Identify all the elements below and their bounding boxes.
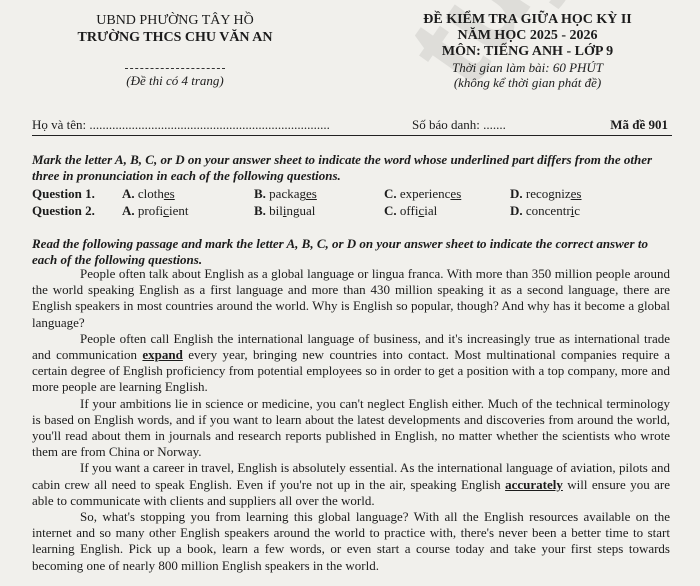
exam-code: Mã đề 901	[610, 117, 668, 133]
paragraph-5: So, what's stopping you from learning th…	[32, 509, 670, 574]
question-1: Question 1. A. clothes B. packages C. ex…	[32, 186, 672, 202]
paragraph-1: People often talk about English as a glo…	[32, 266, 670, 331]
option-c[interactable]: C. official	[384, 203, 437, 219]
duration: Thời gian làm bài: 60 PHÚT	[385, 60, 670, 75]
candidate-number-field[interactable]: Số báo danh: .......	[412, 117, 506, 133]
school-year: NĂM HỌC 2025 - 2026	[385, 28, 670, 44]
option-a[interactable]: A. proficient	[122, 203, 188, 219]
question-2: Question 2. A. proficient B. bilingual C…	[32, 203, 672, 219]
subject: MÔN: TIẾNG ANH - LỚP 9	[385, 44, 670, 60]
question-label: Question 1.	[32, 186, 95, 202]
keyword-expand: expand	[142, 347, 182, 362]
section2-instruction: Read the following passage and mark the …	[32, 236, 672, 268]
exam-header: ĐỀ KIỂM TRA GIỮA HỌC KỲ II NĂM HỌC 2025 …	[385, 12, 670, 90]
school-header: UBND PHƯỜNG TÂY HỒ TRƯỜNG THCS CHU VĂN A…	[60, 12, 290, 89]
student-info-row: Họ và tên: .............................…	[32, 115, 672, 136]
duration-note: (không kể thời gian phát đề)	[385, 75, 670, 90]
authority-name: UBND PHƯỜNG TÂY HỒ	[60, 12, 290, 29]
option-a[interactable]: A. clothes	[122, 186, 175, 202]
exam-page: tuyensinh247.com UBND PHƯỜNG TÂY HỒ TRƯỜ…	[0, 0, 700, 586]
name-field[interactable]: Họ và tên: .............................…	[32, 117, 330, 133]
question-label: Question 2.	[32, 203, 95, 219]
option-b[interactable]: B. packages	[254, 186, 317, 202]
option-b[interactable]: B. bilingual	[254, 203, 315, 219]
paragraph-2: People often call English the internatio…	[32, 331, 670, 396]
option-d[interactable]: D. concentric	[510, 203, 580, 219]
school-name: TRƯỜNG THCS CHU VĂN AN	[60, 29, 290, 46]
paragraph-4: If you want a career in travel, English …	[32, 460, 670, 509]
paragraph-3: If your ambitions lie in science or medi…	[32, 396, 670, 461]
option-c[interactable]: C. experiences	[384, 186, 461, 202]
divider	[125, 68, 225, 69]
reading-passage: People often talk about English as a glo…	[32, 266, 670, 574]
pages-note: (Đề thi có 4 trang)	[60, 73, 290, 89]
section1-instruction: Mark the letter A, B, C, or D on your an…	[32, 152, 672, 184]
exam-title: ĐỀ KIỂM TRA GIỮA HỌC KỲ II	[385, 12, 670, 28]
option-d[interactable]: D. recognizes	[510, 186, 582, 202]
keyword-accurately: accurately	[505, 477, 563, 492]
